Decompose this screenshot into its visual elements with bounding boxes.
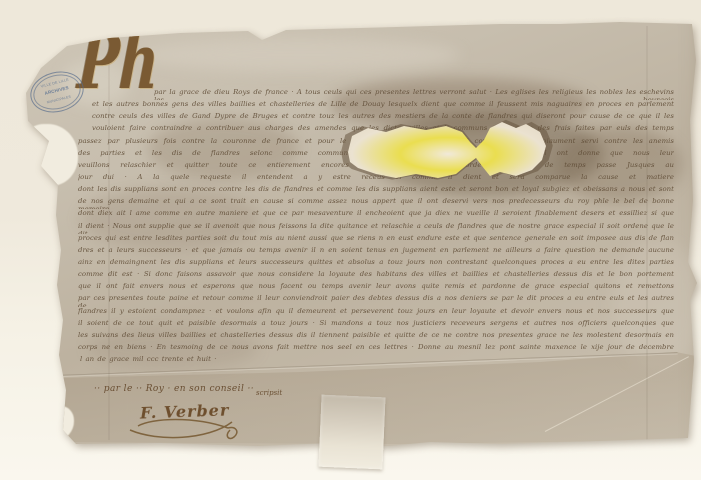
manuscript-line: et les autres bonnes gens des villes bai…	[78, 100, 674, 112]
manuscript-line: dres et a leurs successeurs · et que jam…	[78, 246, 674, 258]
manuscript-line: flandres il y estoient condampnez · et v…	[78, 307, 674, 319]
seal-tab	[318, 395, 385, 470]
endorsement-note: ·· par le ·· Roy · en son conseil ··	[94, 384, 254, 394]
manuscript-line: il dient · Nous ont supplie que se il av…	[78, 222, 674, 234]
manuscript-line: par ces presentes toute paine et retour …	[78, 294, 674, 306]
manuscript-line: corps ne en biens · En tesmoing de ce no…	[78, 343, 674, 355]
manuscript-line: comme dit est · Si donc faisons assavoir…	[78, 270, 674, 282]
stain	[140, 38, 460, 72]
manuscript-line: ainz en demaingnent les dis supplians et…	[78, 258, 674, 270]
signature-flourish	[128, 408, 248, 444]
manuscript-line: il soient de ce tout quit et paisible de…	[78, 319, 674, 331]
manuscript-line: que il ont fait envers nous et esperons …	[78, 282, 674, 294]
photo-background: par la grace de dieu Roys de france · A …	[0, 0, 701, 480]
illuminated-initial: Ph	[76, 24, 161, 100]
scribe-note: scripsit	[256, 389, 282, 397]
manuscript-line: par la grace de dieu Roys de france · A …	[78, 88, 674, 100]
edge-damage	[20, 124, 78, 186]
manuscript-line: dont diex ait l ame comme en autre manie…	[78, 209, 674, 221]
manuscript-line: contre ceuls des villes de Gand Dypre de…	[78, 112, 674, 124]
manuscript-line: de nos gens demaine et qui a ce sont tra…	[78, 197, 674, 209]
manuscript-line: les suivans des lieus villes baillies et…	[78, 331, 674, 343]
manuscript-line: l an de grace mil ccc trente et huit ·	[78, 355, 674, 367]
manuscript-line: proces qui est entre lesdites parties so…	[78, 234, 674, 246]
manuscript-line: dont les dis supplians sont en proces co…	[78, 185, 674, 197]
